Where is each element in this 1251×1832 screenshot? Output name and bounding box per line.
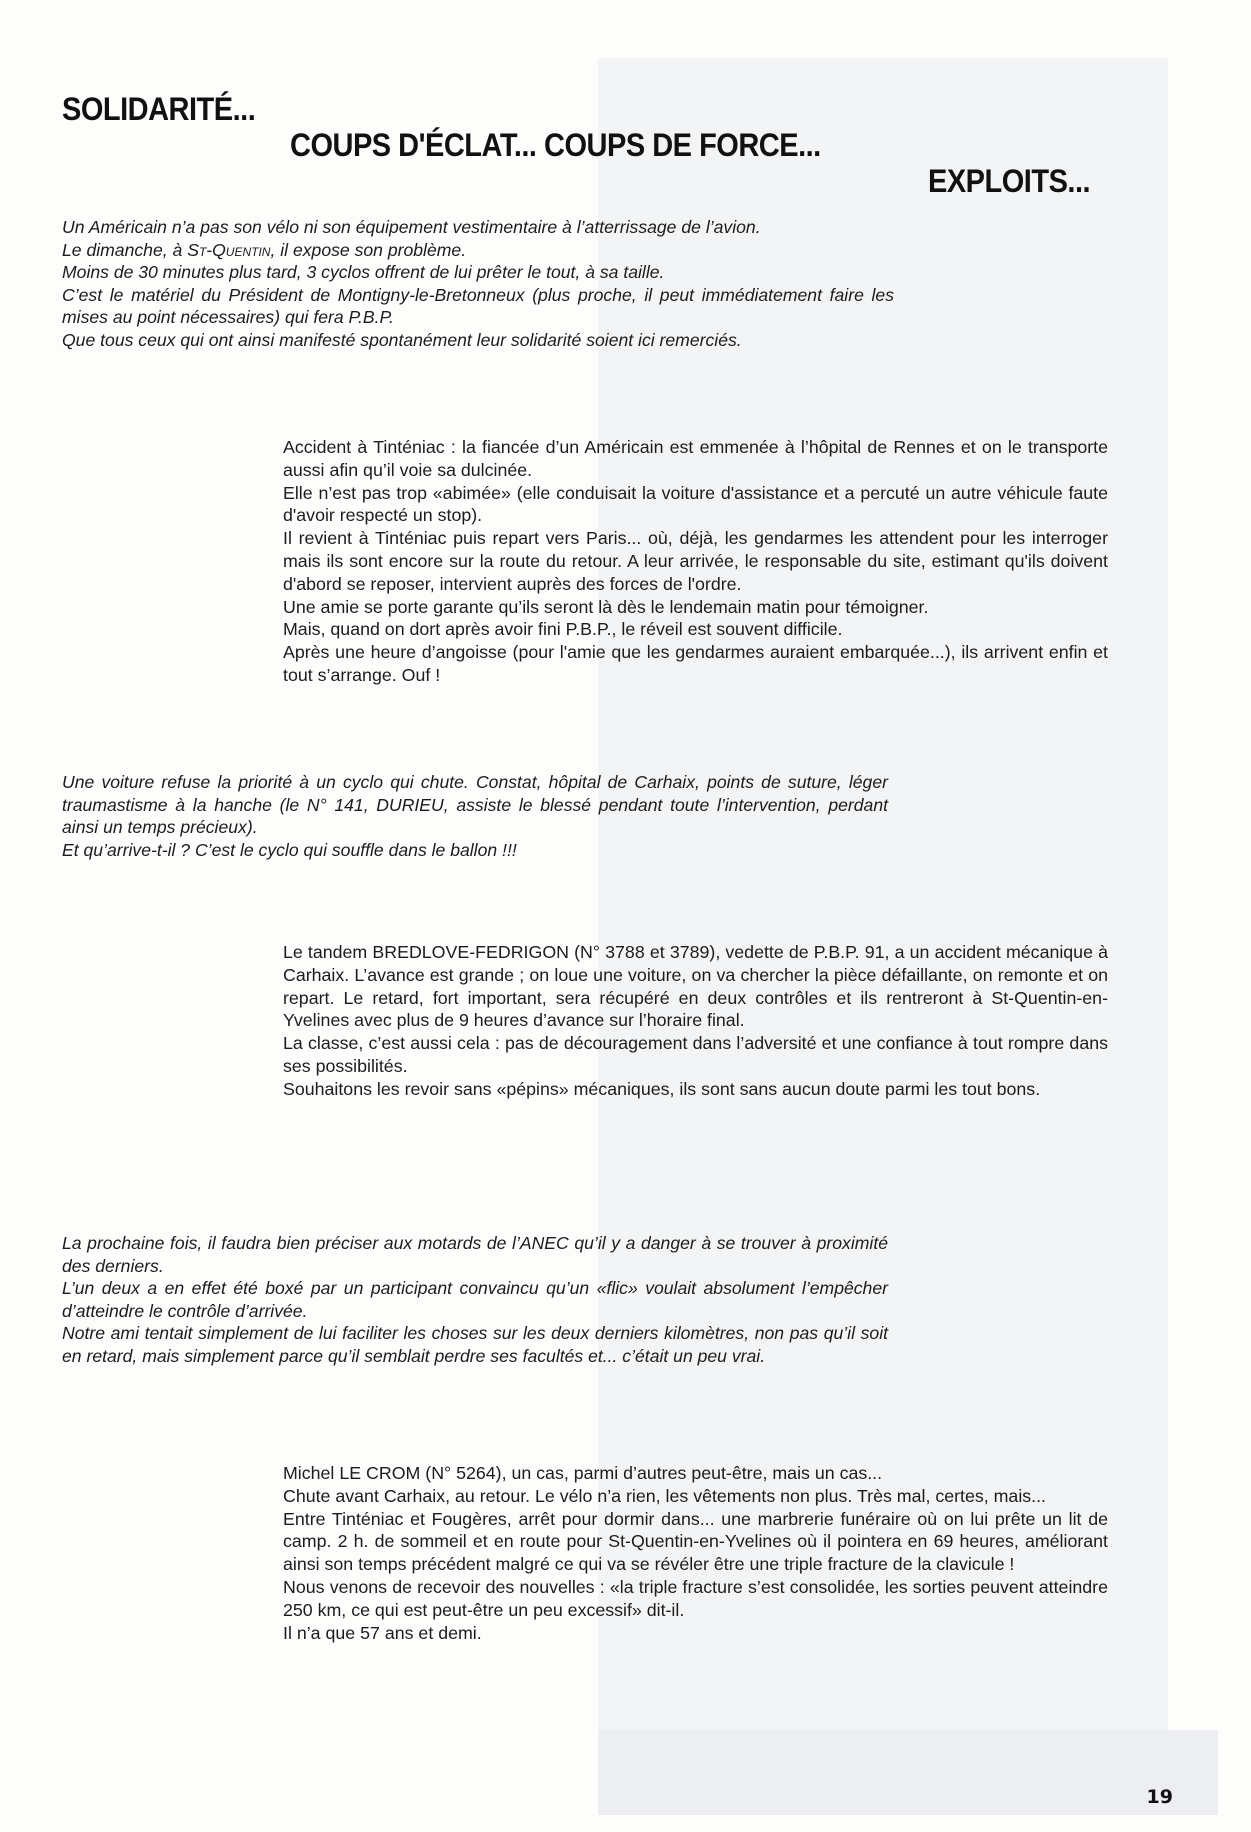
tandem-block: Le tandem BREDLOVE-FEDRIGON (N° 3788 et …: [283, 941, 1108, 1101]
paragraph: Michel LE CROM (N° 5264), un cas, parmi …: [283, 1462, 1108, 1485]
paragraph: Notre ami tentait simplement de lui faci…: [62, 1322, 888, 1367]
paragraph: La prochaine fois, il faudra bien précis…: [62, 1232, 888, 1277]
paragraph: Souhaitons les revoir sans «pépins» méca…: [283, 1078, 1108, 1101]
page-number: 19: [1147, 1786, 1173, 1808]
heading-solidarite: SOLIDARITÉ...: [62, 92, 255, 129]
paragraph: Une voiture refuse la priorité à un cycl…: [62, 771, 888, 839]
solidarite-line: Un Américain n’a pas son vélo ni son équ…: [62, 216, 902, 239]
place-st-quentin: St-Quentin: [187, 240, 270, 260]
paragraph: Nous venons de recevoir des nouvelles : …: [283, 1576, 1108, 1622]
paragraph: Mais, quand on dort après avoir fini P.B…: [283, 618, 1108, 641]
solidarite-line: Le dimanche, à St-Quentin, il expose son…: [62, 239, 902, 262]
solidarite-line: Que tous ceux qui ont ainsi manifesté sp…: [62, 329, 902, 352]
paragraph: Le tandem BREDLOVE-FEDRIGON (N° 3788 et …: [283, 941, 1108, 1032]
heading-exploits: EXPLOITS...: [928, 164, 1090, 201]
paragraph: Entre Tinténiac et Fougères, arrêt pour …: [283, 1508, 1108, 1576]
heading-coups-eclat: COUPS D'ÉCLAT... COUPS DE FORCE...: [290, 128, 821, 165]
paragraph: Chute avant Carhaix, au retour. Le vélo …: [283, 1485, 1108, 1508]
lecrom-block: Michel LE CROM (N° 5264), un cas, parmi …: [283, 1462, 1108, 1644]
bleed-through-panel-bottom: [598, 1730, 1218, 1815]
paragraph: Il n’a que 57 ans et demi.: [283, 1622, 1108, 1645]
solidarite-line: Moins de 30 minutes plus tard, 3 cyclos …: [62, 261, 902, 284]
paragraph: La classe, c’est aussi cela : pas de déc…: [283, 1032, 1108, 1078]
paragraph: Il revient à Tinténiac puis repart vers …: [283, 527, 1108, 595]
paragraph: Et qu’arrive-t-il ? C’est le cyclo qui s…: [62, 839, 888, 862]
text: Le dimanche, à: [62, 240, 187, 260]
solidarite-line: C’est le matériel du Président de Montig…: [62, 284, 894, 329]
paragraph: Accident à Tinténiac : la fiancée d’un A…: [283, 436, 1108, 482]
paragraph: Une amie se porte garante qu’ils seront …: [283, 596, 1108, 619]
paragraph: Elle n’est pas trop «abimée» (elle condu…: [283, 482, 1108, 528]
carhaix-block: Une voiture refuse la priorité à un cycl…: [62, 771, 888, 861]
text: , il expose son problème.: [270, 240, 466, 260]
solidarite-block: Un Américain n’a pas son vélo ni son équ…: [62, 216, 902, 352]
paragraph: Après une heure d’angoisse (pour l'amie …: [283, 641, 1108, 687]
anec-block: La prochaine fois, il faudra bien précis…: [62, 1232, 888, 1368]
tinteniac-block: Accident à Tinténiac : la fiancée d’un A…: [283, 436, 1108, 687]
paragraph: L’un deux a en effet été boxé par un par…: [62, 1277, 888, 1322]
